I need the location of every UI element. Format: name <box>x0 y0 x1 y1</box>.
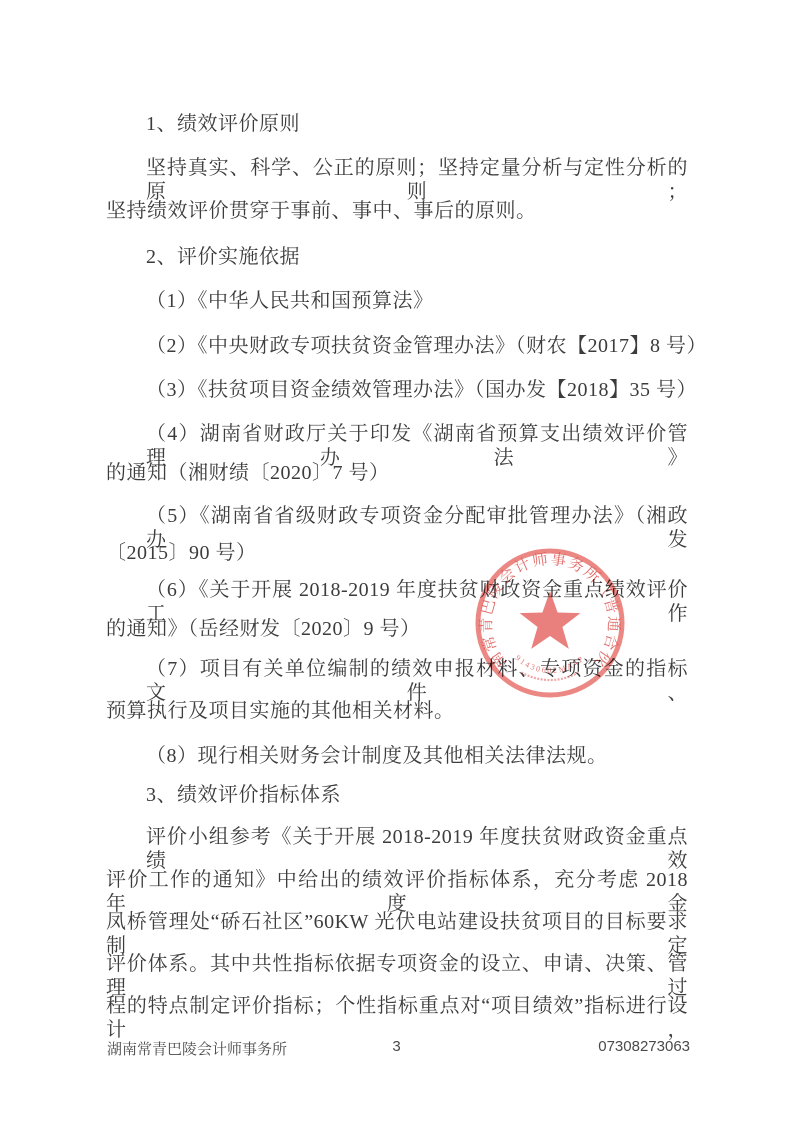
text-line: （1）《中华人民共和国预算法》 <box>106 289 688 313</box>
text-line: 凤桥管理处“硚石社区”60KW 光伏电站建设扶贫项目的目标要求制定 <box>106 910 688 958</box>
document-page: 1、绩效评价原则 坚持真实、科学、公正的原则；坚持定量分析与定性分析的原则； 坚… <box>0 0 793 1121</box>
seal-code-text: 91430602MA4P <box>514 653 587 675</box>
svg-text:91430602MA4P: 91430602MA4P <box>514 653 587 675</box>
text-line: 程的特点制定评价指标；个性指标重点对“项目绩效”指标进行设计， <box>106 994 688 1042</box>
footer-phone-number: 07308273063 <box>598 1038 690 1055</box>
heading-line: 2、评价实施依据 <box>106 245 688 269</box>
text-line: （3）《扶贫项目资金绩效管理办法》（国办发【2018】35 号） <box>106 378 688 402</box>
heading-line: 1、绩效评价原则 <box>106 112 688 136</box>
text-line: 评价工作的通知》中给出的绩效评价指标体系，充分考虑 2018 年度金 <box>106 868 688 916</box>
text-line: 坚持真实、科学、公正的原则；坚持定量分析与定性分析的原则； <box>106 156 688 204</box>
company-seal-stamp: 湖南常青巴陵会计师事务所（普通合伙） 91430602MA4P <box>472 545 628 701</box>
text-line: 预算执行及项目实施的其他相关材料。 <box>106 699 688 723</box>
text-line: （2）《中央财政专项扶贫资金管理办法》（财农【2017】8 号） <box>106 334 688 358</box>
text-line: 的通知（湘财绩〔2020〕7 号） <box>106 461 688 485</box>
text-line: 评价体系。其中共性指标依据专项资金的设立、申请、决策、管理过 <box>106 952 688 1000</box>
text-line: 坚持绩效评价贯穿于事前、事中、事后的原则。 <box>106 199 688 223</box>
heading-line: 3、绩效评价指标体系 <box>106 783 688 807</box>
seal-star-icon <box>520 591 581 649</box>
text-line: （8）现行相关财务会计制度及其他相关法律法规。 <box>106 744 688 768</box>
text-line: 评价小组参考《关于开展 2018-2019 年度扶贫财政资金重点绩效 <box>106 825 688 873</box>
